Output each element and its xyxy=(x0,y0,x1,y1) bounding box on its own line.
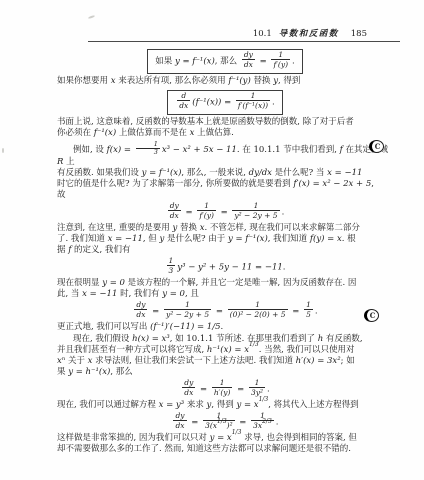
display-formula-substituted: dydx = 13(x1/3)² = 13x2/3. xyxy=(57,413,393,431)
paragraph-line: 书面上说, 这意味着, 反函数的导数基本上就是原函数导数的倒数, 除了对于后者 xyxy=(57,117,393,128)
paragraph-line: 你必须在 f⁻¹(x) 上做估算而不是在 x 上做估算. xyxy=(57,128,393,139)
header-rule xyxy=(88,41,400,42)
paragraph-line: 有反函数. 如果我们设 y = f⁻¹(x), 那么, 一般来说, dy/dx … xyxy=(57,168,393,179)
boxed-formula-wrapper: 如果 y = f⁻¹(x), 那么 dydx = 1f′(y). xyxy=(57,49,393,74)
paragraph-line: 更正式地, 我们可以写出 (f⁻¹)′(−11) = 1/5. xyxy=(57,322,393,333)
display-formula-evaluated: dydx = 1y² − 2y + 5 = 1(0)² − 2(0) + 5 =… xyxy=(57,302,393,320)
paragraph-line: 果 y = h⁻¹(x), 那么 xyxy=(57,367,393,378)
page-header: 10.1导数和反函数185 xyxy=(88,27,367,39)
paragraph-line: 现在很明显 y = 0 是该方程的一个解, 并且它一定是唯一解, 因为反函数存在… xyxy=(57,278,393,289)
paragraph-line: 注意到, 在这里, 重要的是要用 y 替换 x. 不管怎样, 现在我们可以来求解… xyxy=(57,223,393,234)
paragraph-line: 故 xyxy=(57,190,393,201)
boxed-formula-wrapper: ddx(f⁻¹(x)) = 1f′(f⁻¹(x)). xyxy=(57,90,393,115)
paragraph-line: 却不需要做那么多的工作了. 然而, 知道这些方法都可以求解问题还是很不错的. xyxy=(57,444,393,455)
paragraph-line: 时它的值是什么呢? 为了求解第一部分, 你所要做的就是要看到 f′(x) = x… xyxy=(57,179,393,190)
display-formula-h-derivative: dydx = 1h′(y) = 13y². xyxy=(57,380,393,398)
boxed-formula-inverse-derivative: ddx(f⁻¹(x)) = 1f′(f⁻¹(x)). xyxy=(167,90,283,115)
page-body: 如果 y = f⁻¹(x), 那么 dydx = 1f′(y). 如果你想要用 … xyxy=(57,46,393,455)
display-formula-cubic-equation: 13y³ − y² + 5y − 11 = −11. xyxy=(57,258,393,276)
paragraph-line: 此, 当 x = −11 时, 我们有 y = 0, 且 xyxy=(57,289,393,300)
paragraph-line: 现在, 我们假设 h(x) = x³, 如 10.1.1 节所述. 在那里我们看… xyxy=(57,334,393,345)
paragraph-line: 并且我们甚至有一种方式可以将它写成, h⁻¹(x) = x1/3. 当然, 我们… xyxy=(57,345,393,356)
paragraph-line: 如果你想要用 x 来表达所有项, 那么你必须用 f⁻¹(y) 替换 y, 得到 xyxy=(57,76,393,87)
book-page: 10.1导数和反函数185 如果 y = f⁻¹(x), 那么 dydx = 1… xyxy=(0,0,424,480)
circled-c-icon: C xyxy=(364,309,379,322)
display-formula-dydx-general: dydx = 1f′(y) = 1y² − 2y + 5. xyxy=(57,203,393,221)
section-number: 10.1 xyxy=(253,29,272,39)
boxed-formula-dy-dx: 如果 y = f⁻¹(x), 那么 dydx = 1f′(y). xyxy=(147,49,302,74)
scan-speck xyxy=(2,148,4,153)
paragraph-line: 据 f 的定义, 我们有 xyxy=(57,245,393,256)
paragraph-line: 现在, 我们可以通过解方程 x = y³ 来求 y, 得到 y = x1/3, … xyxy=(57,400,393,411)
page-number: 185 xyxy=(351,29,367,39)
circled-c-icon: C xyxy=(369,140,384,153)
scan-speck xyxy=(88,15,95,19)
paragraph-line: 这样做是非常笨拙的, 因为我们可以只对 y = x1/3 求导, 也会得到相同的… xyxy=(57,433,393,444)
section-title: 导数和反函数 xyxy=(279,29,339,39)
paragraph-line: xⁿ 关于 x 求导法则, 但让我们来尝试一下上述方法吧. 我们知道 h′(x)… xyxy=(57,356,393,367)
paragraph-line: 了. 我们知道 x = −11, 但 y 是什么呢? 由于 y = f⁻¹(x)… xyxy=(57,234,393,245)
paragraph-line: 例如, 设 f(x) = 13x³ − x² + 5x − 11. 在 10.1… xyxy=(57,142,393,168)
